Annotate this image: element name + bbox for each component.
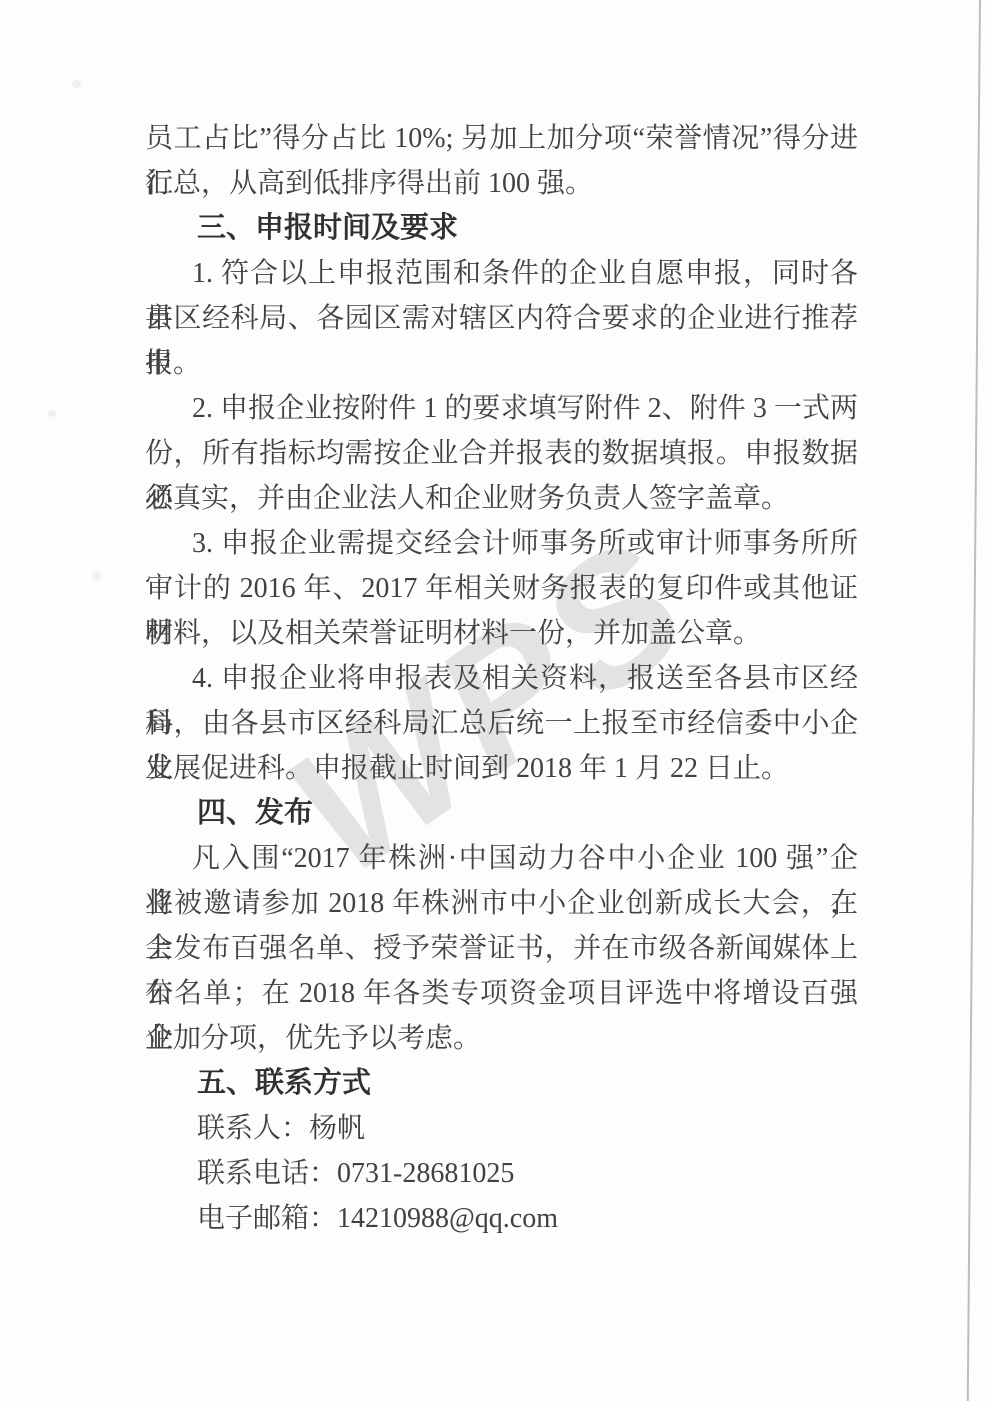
document-line: 发展促进科。申报截止时间到 2018 年 1 月 22 日止。: [145, 746, 858, 791]
scan-speck: [92, 572, 101, 580]
document-line: 须真实，并由企业法人和企业财务负责人签字盖章。: [145, 476, 858, 521]
document-line: 3. 申报企业需提交经会计师事务所或审计师事务所所: [145, 521, 858, 566]
document-line: 汇总，从高到低排序得出前 100 强。: [145, 161, 858, 206]
document-line: 局，由各县市区经科局汇总后统一上报至市经信委中小企业: [145, 701, 858, 746]
document-line: 材料，以及相关荣誉证明材料一份，并加盖公章。: [145, 611, 858, 656]
scan-edge-artifact: [967, 0, 981, 1401]
document-line: 将被邀请参加 2018 年株洲市中小企业创新成长大会，在会: [145, 881, 858, 926]
contact-line: 联系人：杨帆: [145, 1106, 858, 1151]
document-line: 上发布百强名单、授予荣誉证书，并在市级各新闻媒体上公: [145, 926, 858, 971]
document-line: 员工占比”得分占比 10%; 另加上加分项“荣誉情况”得分进行: [145, 116, 858, 161]
document-line: 份，所有指标均需按企业合并报表的数据填报。申报数据必: [145, 431, 858, 476]
document-line: 审计的 2016 年、2017 年相关财务报表的复印件或其他证明: [145, 566, 858, 611]
document-line: 1. 符合以上申报范围和条件的企业自愿申报，同时各县: [145, 251, 858, 296]
document-line: 布名单；在 2018 年各类专项资金项目评选中将增设百强企: [145, 971, 858, 1016]
scan-speck: [48, 410, 56, 417]
document-line: 业加分项，优先予以考虑。: [145, 1016, 858, 1061]
section-heading: 四、发布: [145, 791, 858, 836]
scan-speck: [72, 80, 81, 88]
document-page: WPS 员工占比”得分占比 10%; 另加上加分项“荣誉情况”得分进行 汇总，从…: [0, 0, 991, 1401]
document-text-block: 员工占比”得分占比 10%; 另加上加分项“荣誉情况”得分进行 汇总，从高到低排…: [145, 116, 858, 1241]
document-line: 报。: [145, 341, 858, 386]
document-line: 2. 申报企业按附件 1 的要求填写附件 2、附件 3 一式两: [145, 386, 858, 431]
document-line: 凡入围“2017 年株洲·中国动力谷中小企业 100 强”企业，: [145, 836, 858, 881]
document-line: 4. 申报企业将申报表及相关资料，报送至各县市区经科: [145, 656, 858, 701]
contact-line: 电子邮箱：14210988@qq.com: [145, 1196, 858, 1241]
section-heading: 三、申报时间及要求: [145, 206, 858, 251]
section-heading: 五、联系方式: [145, 1061, 858, 1106]
document-line: 市区经科局、各园区需对辖区内符合要求的企业进行推荐申: [145, 296, 858, 341]
contact-line: 联系电话：0731-28681025: [145, 1151, 858, 1196]
